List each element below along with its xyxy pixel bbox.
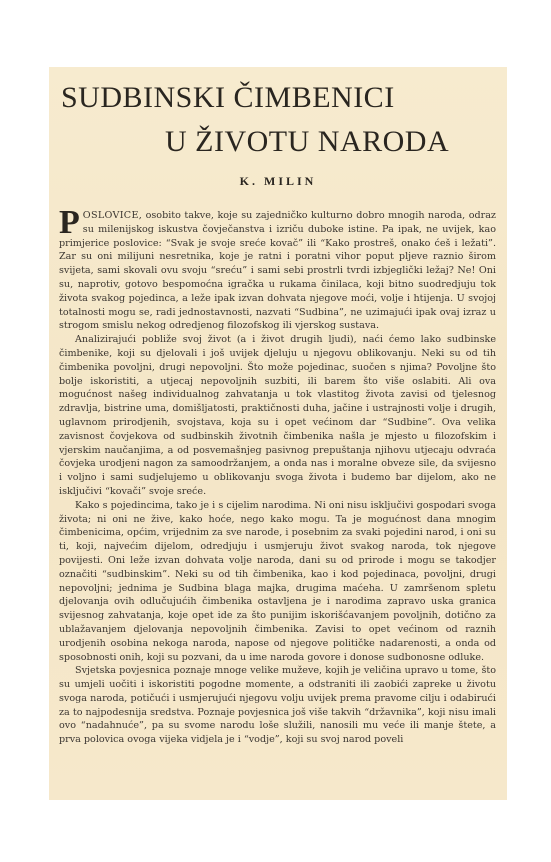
article-title-line-2: U ŽIVOTU NARODA — [165, 127, 449, 157]
drop-cap: P — [59, 210, 80, 236]
scanned-page: SUDBINSKI ČIMBENICI U ŽIVOTU NARODA K. M… — [49, 67, 507, 800]
paragraph-1-text: osobito takve, koje su zajedničko kultur… — [59, 210, 496, 331]
article-body: POSLOVICE, osobito takve, koje su zajedn… — [59, 209, 496, 747]
paragraph-1: POSLOVICE, osobito takve, koje su zajedn… — [59, 209, 496, 333]
paragraph-4: Svjetska povjesnica poznaje mnoge velike… — [59, 664, 496, 747]
article-title-line-1: SUDBINSKI ČIMBENICI — [61, 83, 395, 113]
paragraph-2: Analizirajući pobliže svoj život (a i ži… — [59, 333, 496, 499]
lead-words: OSLOVICE, — [83, 210, 142, 221]
author-byline: K. MILIN — [49, 174, 507, 189]
paragraph-3: Kako s pojedincima, tako je i s cijelim … — [59, 499, 496, 665]
